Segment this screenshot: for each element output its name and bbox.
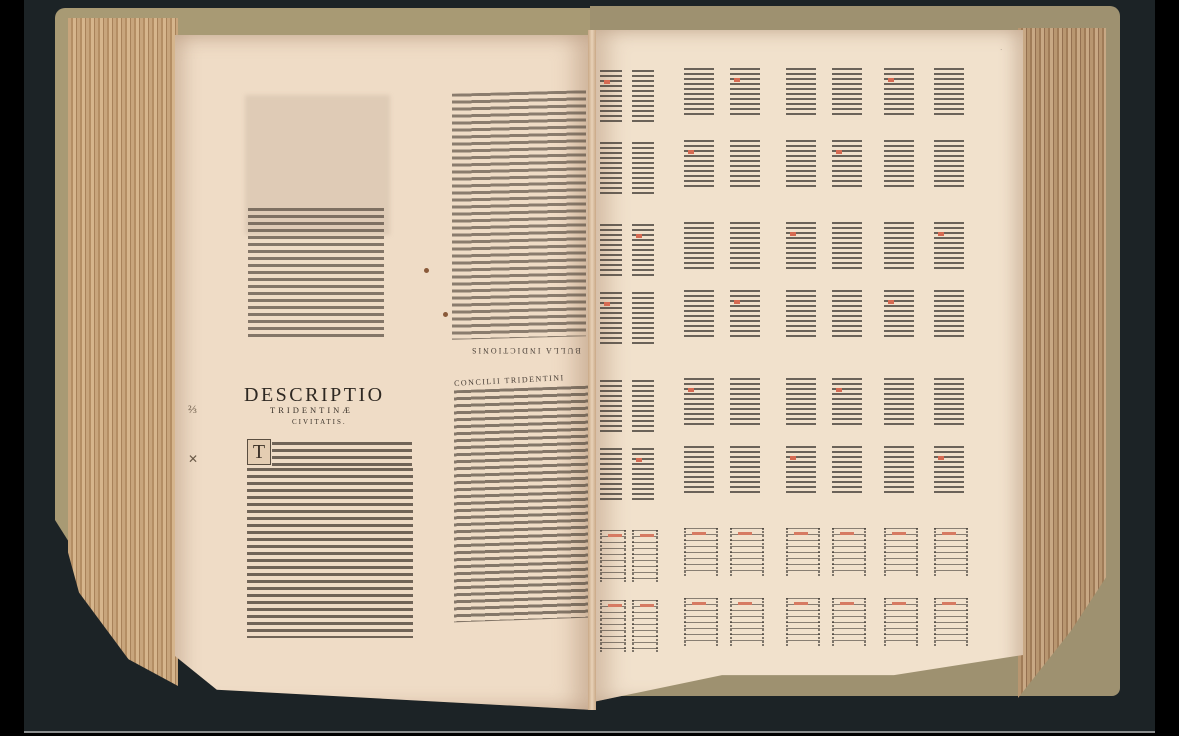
running-foot: BULLA INDICTIONIS: [470, 346, 581, 355]
calendar-block: [684, 68, 714, 116]
calendar-block: [632, 70, 654, 122]
calendar-block: [600, 380, 622, 432]
calendar-block: [884, 68, 914, 116]
calendar-block: [884, 222, 914, 270]
calendar-block: [632, 530, 658, 582]
calendar-block: [786, 378, 816, 426]
calendar-block: [786, 222, 816, 270]
page-edges-left: [68, 18, 178, 686]
calendar-block: [730, 222, 760, 270]
margin-annotation: ✕: [188, 452, 198, 467]
calendar-block: [786, 290, 816, 338]
calendar-block: [632, 292, 654, 344]
ink-spot: [424, 268, 429, 273]
calendar-block: [884, 140, 914, 188]
calendar-block: [934, 528, 968, 576]
calendar-block: [832, 290, 862, 338]
calendar-block: [934, 222, 964, 270]
folio-number: ·: [1000, 46, 1002, 54]
calendar-block: [684, 446, 714, 494]
calendar-block: [934, 446, 964, 494]
book-gutter: [588, 30, 596, 710]
calendar-block: [884, 290, 914, 338]
section-subtitle: TRIDENTINÆ: [270, 405, 353, 415]
calendar-block: [684, 528, 718, 576]
calendar-block: [934, 598, 968, 646]
calendar-block: [934, 290, 964, 338]
calendar-block: [832, 140, 862, 188]
calendar-block: [600, 142, 622, 194]
calendar-block: [884, 378, 914, 426]
calendar-block: [934, 68, 964, 116]
calendar-block: [730, 140, 760, 188]
calendar-block: [684, 140, 714, 188]
calendar-block: [684, 598, 718, 646]
drop-cap: T: [247, 439, 271, 465]
section-title: DESCRIPTIO: [244, 384, 385, 407]
calendar-block: [632, 142, 654, 194]
calendar-block: [832, 378, 862, 426]
calendar-block: [600, 600, 626, 652]
calendar-block: [632, 448, 654, 500]
calendar-block: [730, 290, 760, 338]
calendar-block: [884, 598, 918, 646]
calendar-block: [786, 528, 820, 576]
calendar-block: [684, 290, 714, 338]
calendar-block: [884, 528, 918, 576]
calendar-block: [730, 68, 760, 116]
calendar-block: [632, 224, 654, 276]
calendar-block: [832, 222, 862, 270]
calendar-block: [600, 530, 626, 582]
calendar-block: [832, 528, 866, 576]
inverted-text-block-left: [248, 208, 384, 340]
body-text-lead: [272, 442, 412, 466]
calendar-block: [832, 68, 862, 116]
calendar-block: [786, 598, 820, 646]
calendar-block: [632, 380, 654, 432]
section-subtitle-2: CIVITATIS.: [292, 418, 347, 426]
calendar-block: [730, 446, 760, 494]
calendar-block: [730, 378, 760, 426]
calendar-block: [786, 140, 816, 188]
body-text-column-2: [454, 386, 588, 623]
calendar-block: [600, 292, 622, 344]
calendar-block: [684, 222, 714, 270]
calendar-block: [684, 378, 714, 426]
calendar-block: [786, 446, 816, 494]
calendar-block: [884, 446, 914, 494]
calendar-block: [786, 68, 816, 116]
calendar-block: [832, 446, 862, 494]
calendar-block: [632, 600, 658, 652]
ink-spot: [443, 312, 448, 317]
calendar-block: [934, 140, 964, 188]
calendar-block: [600, 448, 622, 500]
calendar-block: [600, 224, 622, 276]
calendar-block: [730, 528, 764, 576]
calendar-block: [730, 598, 764, 646]
frame-bottom-rule: [24, 731, 1155, 733]
calendar-block: [934, 378, 964, 426]
calendar-block: [600, 70, 622, 122]
body-text: [247, 468, 413, 638]
calendar-block: [832, 598, 866, 646]
inverted-text-block-right: [452, 90, 586, 340]
margin-annotation: ⅔: [188, 402, 197, 417]
